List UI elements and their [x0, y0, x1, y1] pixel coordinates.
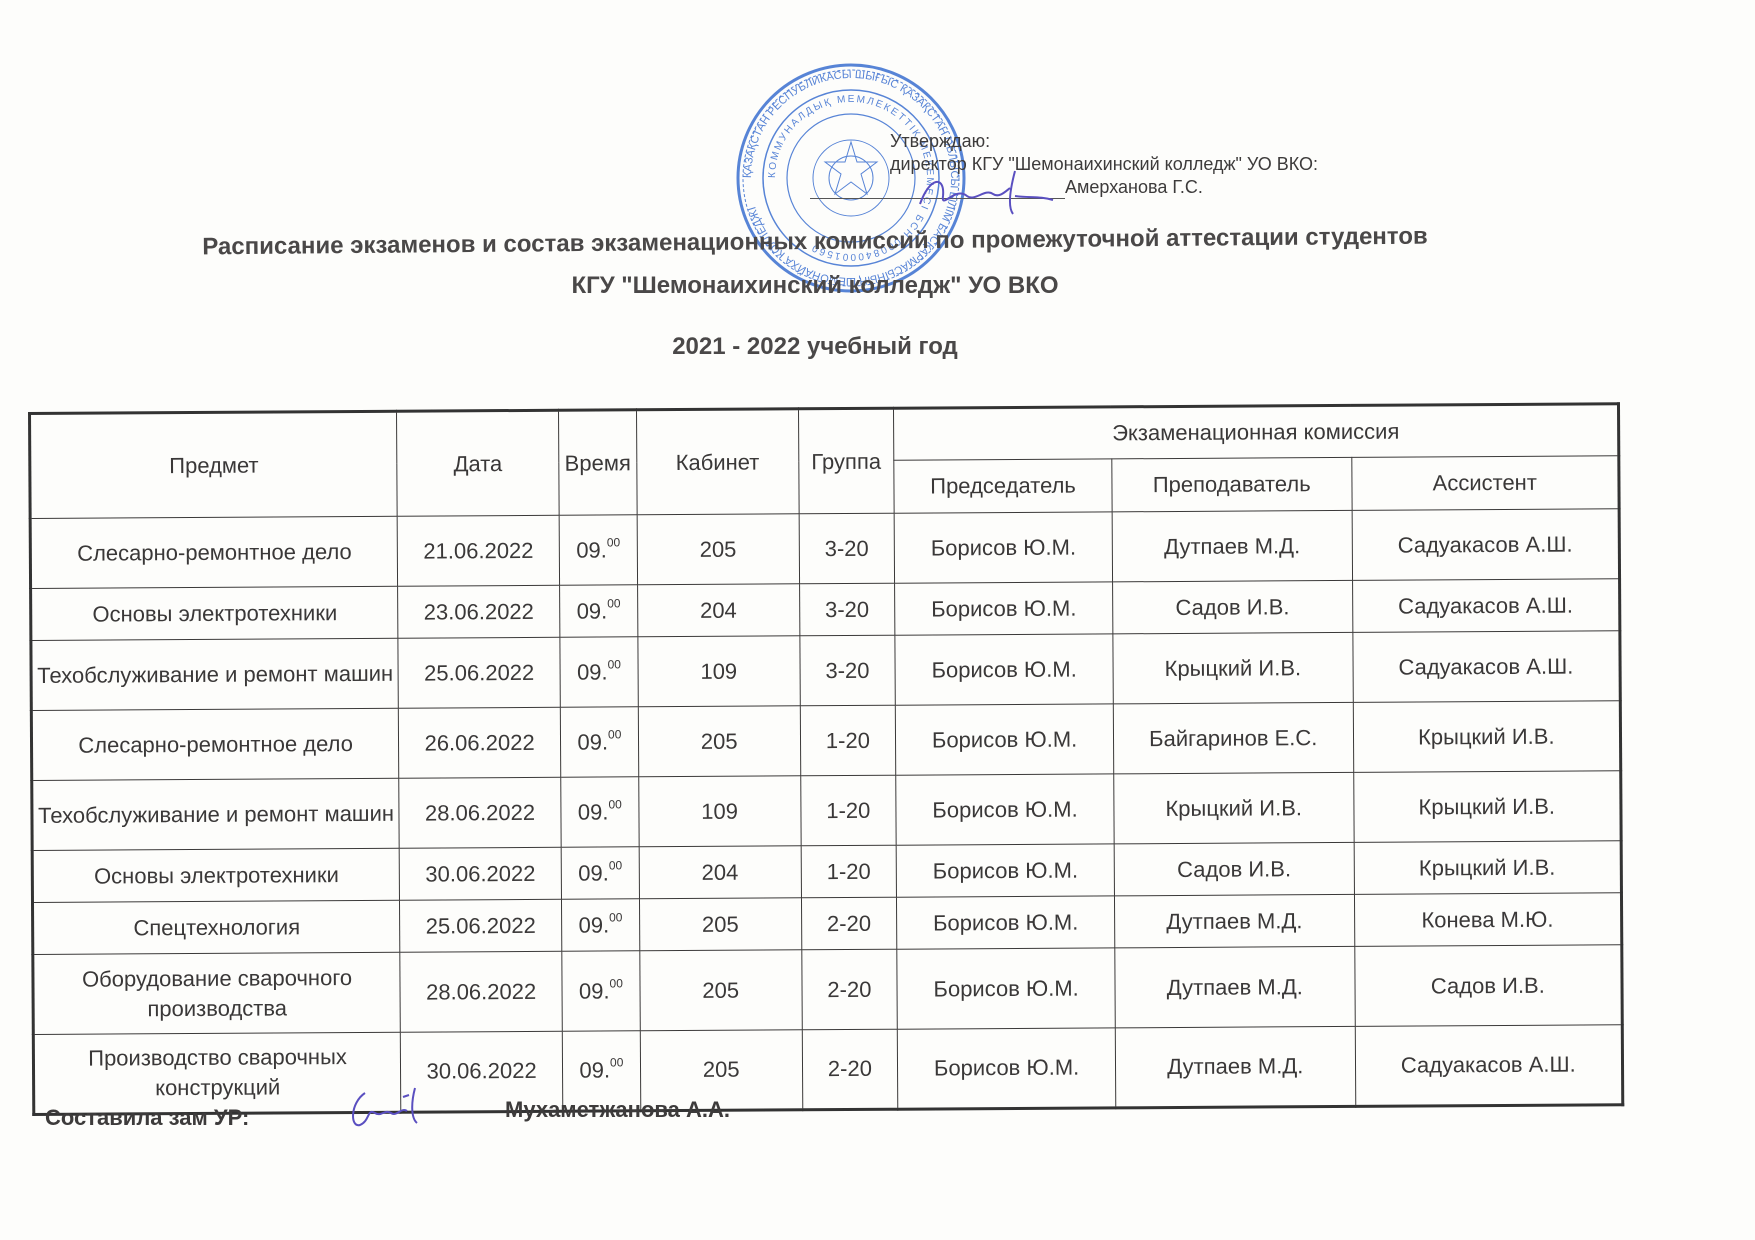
cell-assistant: Садуакасов А.Ш.	[1352, 509, 1620, 581]
table-row: Техобслуживание и ремонт машин28.06.2022…	[32, 771, 1621, 851]
compiled-by-label: Составила зам УР:	[45, 1105, 249, 1130]
cell-group: 2-20	[802, 1029, 898, 1110]
cell-subject: Оборудование сварочного производства	[33, 952, 401, 1034]
table-row: Производство сварочных конструкций30.06.…	[33, 1025, 1622, 1115]
table-row: Оборудование сварочного производства28.0…	[33, 945, 1622, 1035]
time-minutes: 00	[609, 976, 622, 990]
cell-group: 3-20	[799, 513, 895, 584]
col-header-time: Время	[558, 410, 637, 515]
cell-teacher: Крыцкий И.В.	[1113, 632, 1353, 703]
time-minutes: 00	[610, 1055, 623, 1069]
cell-group: 2-20	[801, 949, 897, 1030]
compiled-by: Составила зам УР: Мухаметжанова А.А.	[45, 1105, 249, 1131]
cell-teacher: Байгаринов Е.С.	[1113, 702, 1353, 773]
cell-time: 09.00	[560, 637, 638, 707]
time-minutes: 00	[608, 657, 621, 671]
cell-assistant: Крыцкий И.В.	[1353, 701, 1621, 773]
time-minutes: 00	[607, 535, 620, 549]
time-hour: 09.	[578, 912, 609, 937]
cell-group: 1-20	[801, 845, 897, 898]
cell-room: 205	[637, 514, 799, 585]
cell-subject: Основы электротехники	[32, 848, 399, 902]
institution-title: КГУ "Шемонаихинский колледж" УО ВКО	[20, 272, 1610, 300]
cell-date: 30.06.2022	[399, 847, 561, 900]
time-hour: 09.	[577, 659, 608, 684]
col-header-commission: Экзаменационная комиссия	[894, 404, 1619, 460]
cell-time: 09.00	[560, 707, 638, 777]
cell-date: 28.06.2022	[399, 777, 561, 848]
signature-line	[810, 180, 1065, 199]
cell-teacher: Крыцкий И.В.	[1114, 772, 1354, 843]
col-header-chair: Председатель	[894, 459, 1112, 513]
cell-assistant: Садуакасов А.Ш.	[1352, 579, 1620, 633]
cell-room: 109	[638, 636, 800, 707]
cell-teacher: Дутпаев М.Д.	[1114, 894, 1354, 947]
cell-room: 204	[639, 846, 801, 899]
cell-teacher: Садов И.В.	[1114, 842, 1354, 895]
cell-group: 2-20	[801, 897, 897, 950]
cell-subject: Основы электротехники	[31, 586, 398, 640]
cell-group: 3-20	[799, 635, 895, 706]
col-header-subject: Предмет	[30, 411, 398, 518]
cell-group: 3-20	[799, 583, 895, 636]
compiler-signature	[345, 1083, 445, 1133]
cell-chair: Борисов Ю.М.	[897, 948, 1115, 1029]
compiler-name: Мухаметжанова А.А.	[505, 1097, 730, 1123]
time-minutes: 00	[608, 727, 621, 741]
time-minutes: 00	[607, 596, 620, 610]
director-name: Амерханова Г.С.	[1065, 177, 1203, 197]
cell-date: 21.06.2022	[397, 515, 559, 586]
cell-teacher: Садов И.В.	[1112, 580, 1352, 633]
cell-subject: Техобслуживание и ремонт машин	[31, 638, 399, 710]
cell-chair: Борисов Ю.М.	[896, 704, 1114, 775]
cell-chair: Борисов Ю.М.	[895, 634, 1113, 705]
col-header-teacher: Преподаватель	[1112, 457, 1352, 511]
time-minutes: 00	[609, 910, 622, 924]
approval-label: Утверждаю:	[890, 130, 1318, 153]
cell-room: 109	[639, 776, 801, 847]
cell-chair: Борисов Ю.М.	[896, 844, 1114, 897]
cell-chair: Борисов Ю.М.	[895, 582, 1113, 635]
col-header-assistant: Ассистент	[1351, 456, 1619, 511]
cell-room: 205	[640, 950, 802, 1031]
col-header-room: Кабинет	[636, 409, 798, 515]
cell-date: 25.06.2022	[400, 899, 562, 952]
cell-assistant: Садуакасов А.Ш.	[1355, 1025, 1623, 1107]
time-hour: 09.	[579, 1057, 610, 1082]
cell-time: 09.00	[559, 515, 637, 585]
time-hour: 09.	[577, 598, 608, 623]
time-hour: 09.	[578, 799, 609, 824]
cell-assistant: Садов И.В.	[1354, 945, 1622, 1027]
table-row: Слесарно-ремонтное дело21.06.202209.0020…	[30, 509, 1619, 589]
cell-date: 26.06.2022	[398, 707, 560, 778]
cell-time: 09.00	[561, 777, 639, 847]
cell-date: 23.06.2022	[398, 585, 560, 638]
cell-chair: Борисов Ю.М.	[896, 774, 1114, 845]
cell-assistant: Крыцкий И.В.	[1353, 771, 1621, 843]
cell-room: 204	[637, 584, 799, 637]
cell-group: 1-20	[800, 775, 896, 846]
col-header-date: Дата	[397, 410, 559, 516]
table-row: Основы электротехники23.06.202209.002043…	[31, 579, 1620, 641]
exam-schedule-table: Предмет Дата Время Кабинет Группа Экзаме…	[28, 402, 1624, 1116]
cell-subject: Слесарно-ремонтное дело	[31, 708, 399, 780]
cell-room: 205	[638, 706, 800, 777]
time-minutes: 00	[609, 858, 622, 872]
time-hour: 09.	[576, 537, 607, 562]
col-header-group: Группа	[798, 408, 894, 514]
cell-teacher: Дутпаев М.Д.	[1115, 1026, 1355, 1107]
director-signature	[915, 166, 1055, 216]
cell-time: 09.00	[561, 899, 639, 951]
cell-date: 25.06.2022	[398, 637, 560, 708]
time-hour: 09.	[577, 729, 608, 754]
cell-chair: Борисов Ю.М.	[898, 1028, 1116, 1109]
table-row: Основы электротехники30.06.202209.002041…	[32, 841, 1621, 903]
table-row: Спецтехнология25.06.202209.002052-20Бори…	[32, 893, 1621, 955]
cell-time: 09.00	[562, 951, 640, 1031]
table-row: Техобслуживание и ремонт машин25.06.2022…	[31, 631, 1620, 711]
time-hour: 09.	[578, 860, 609, 885]
academic-year: 2021 - 2022 учебный год	[20, 333, 1610, 361]
cell-assistant: Конева М.Ю.	[1354, 893, 1622, 947]
cell-room: 205	[639, 898, 801, 951]
cell-time: 09.00	[561, 847, 639, 899]
cell-teacher: Дутпаев М.Д.	[1115, 946, 1355, 1027]
cell-group: 1-20	[800, 705, 896, 776]
cell-assistant: Садуакасов А.Ш.	[1352, 631, 1620, 703]
time-minutes: 00	[608, 797, 621, 811]
cell-teacher: Дутпаев М.Д.	[1112, 510, 1352, 581]
time-hour: 09.	[579, 978, 610, 1003]
cell-date: 28.06.2022	[400, 951, 562, 1032]
cell-subject: Спецтехнология	[32, 900, 399, 954]
table-row: Слесарно-ремонтное дело26.06.202209.0020…	[31, 701, 1620, 781]
cell-time: 09.00	[560, 585, 638, 637]
cell-subject: Техобслуживание и ремонт машин	[32, 778, 400, 850]
cell-chair: Борисов Ю.М.	[897, 896, 1115, 949]
cell-assistant: Крыцкий И.В.	[1354, 841, 1622, 895]
cell-subject: Слесарно-ремонтное дело	[30, 516, 398, 588]
approval-block: Утверждаю: директор КГУ "Шемонаихинский …	[890, 130, 1318, 199]
cell-chair: Борисов Ю.М.	[894, 512, 1112, 583]
